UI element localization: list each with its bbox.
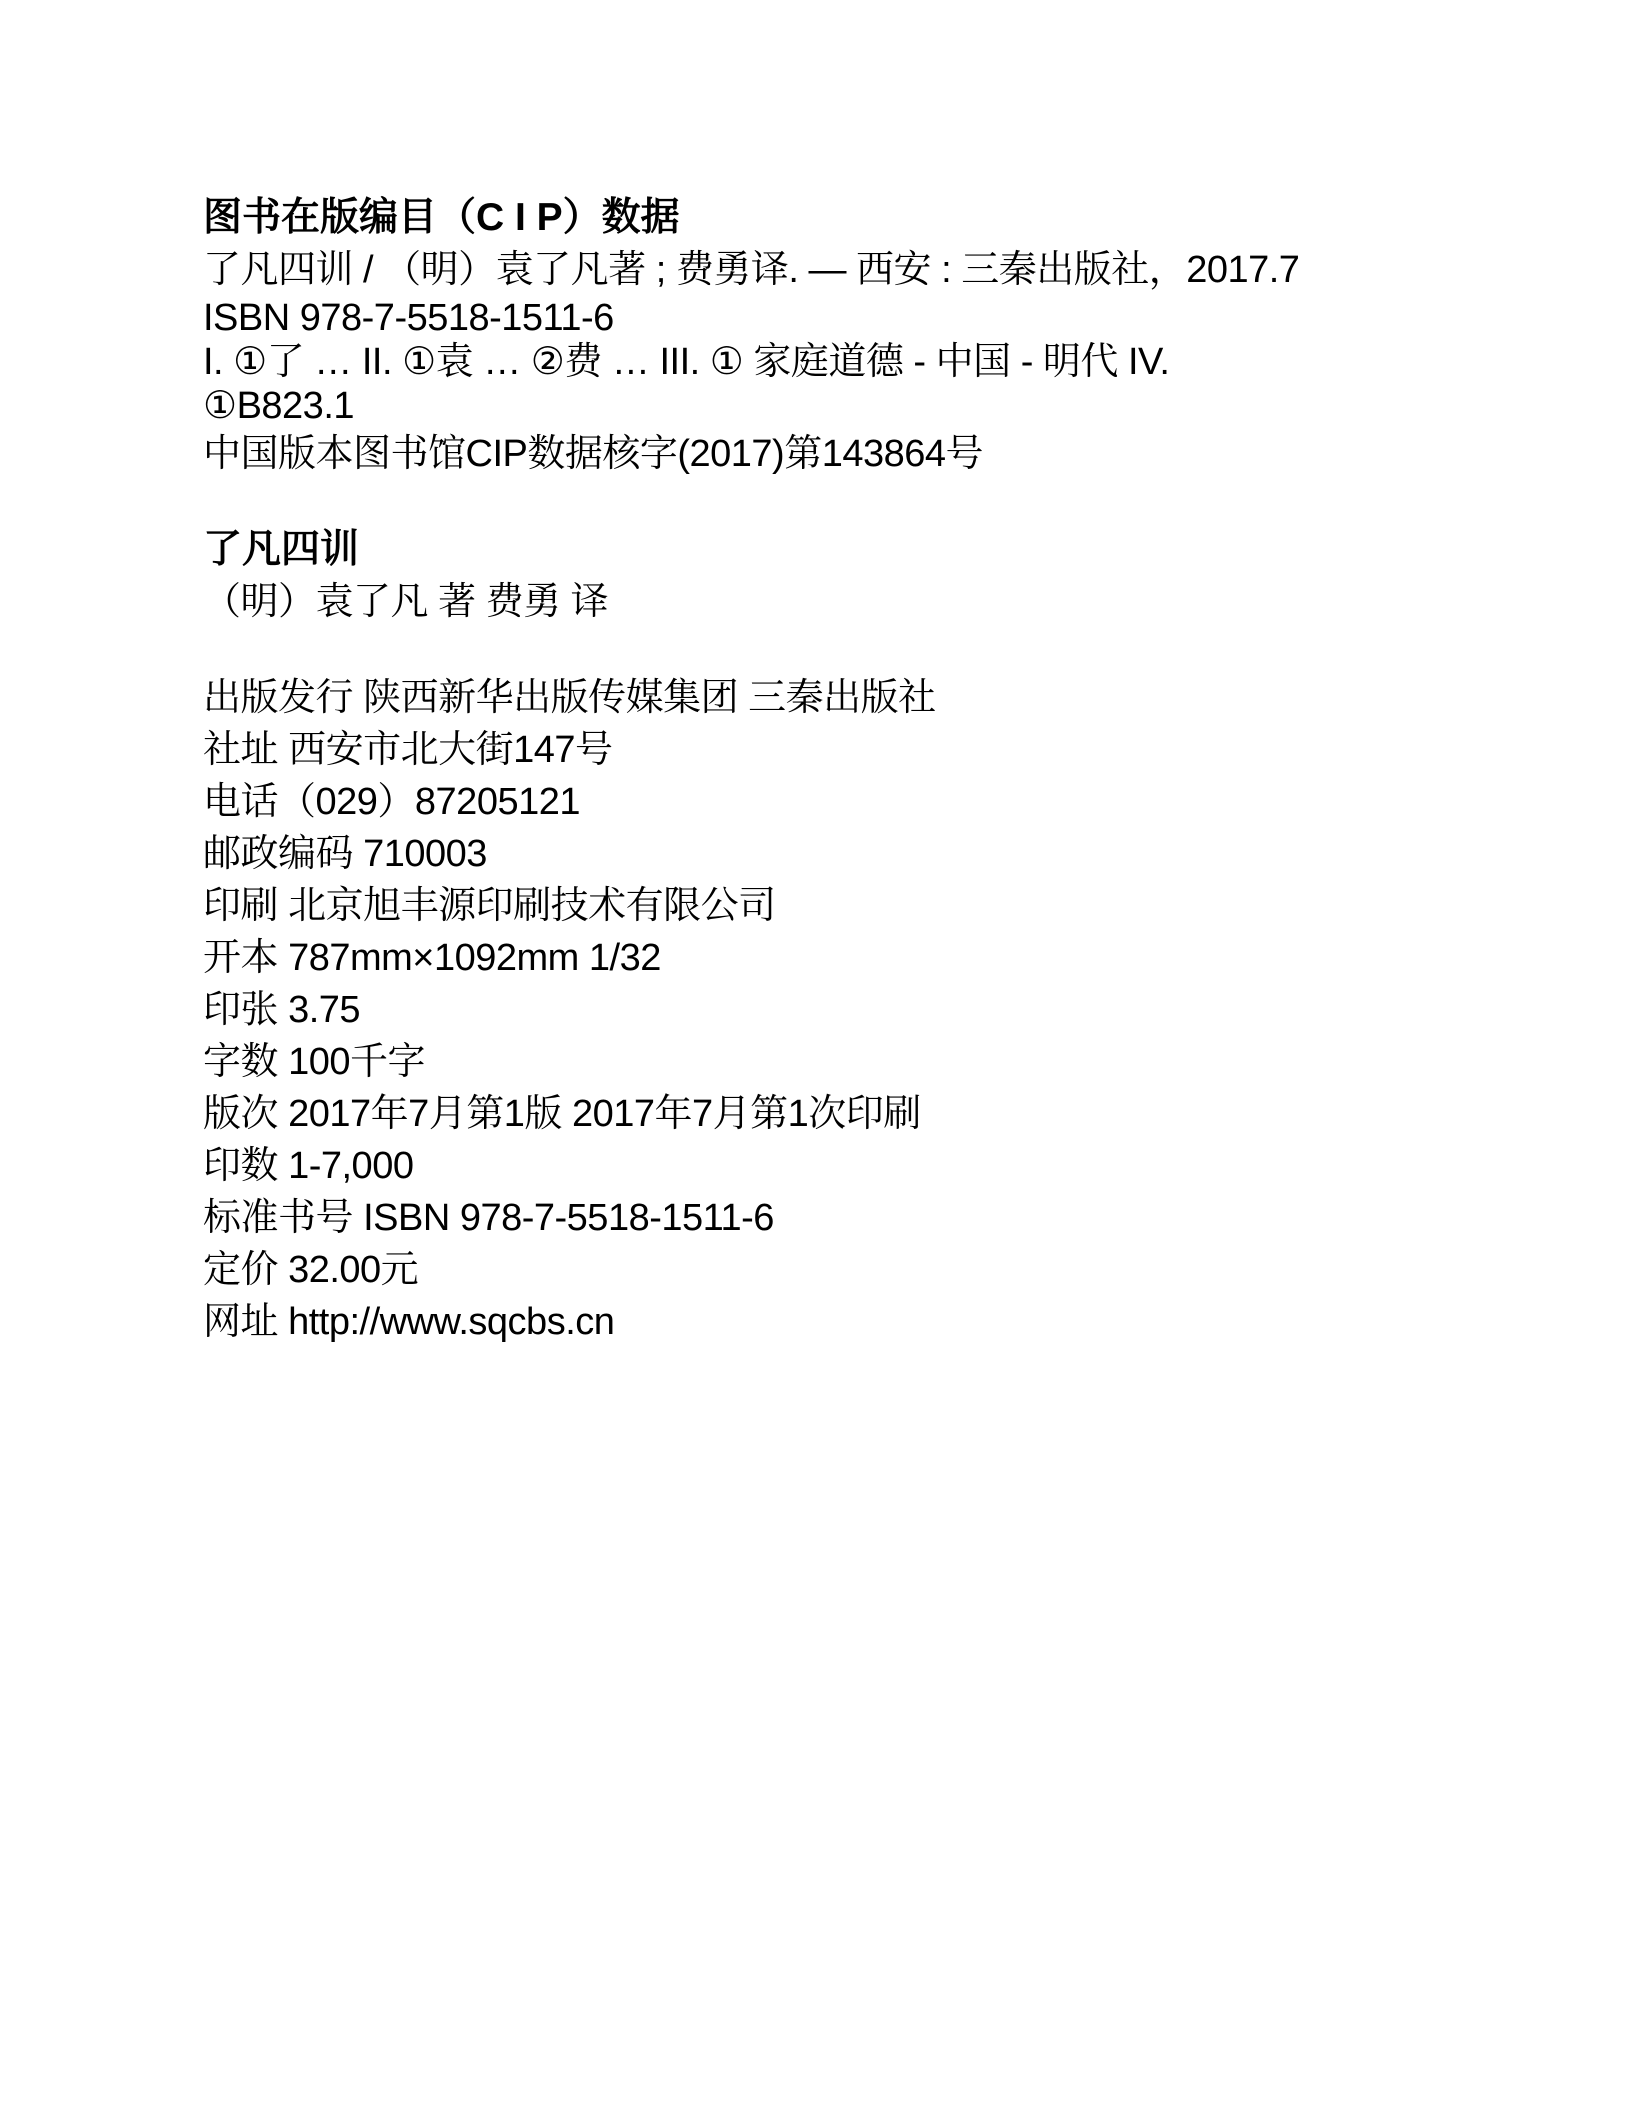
pub-value: （029）87205121 (278, 781, 580, 823)
pub-item-publisher: 出版发行 陕西新华出版传媒集团 三秦出版社 (203, 672, 1453, 724)
cip-heading: 图书在版编目（C I P）数据 (203, 192, 1453, 244)
pub-item-postcode: 邮政编码 710003 (203, 828, 1453, 880)
pub-item-price: 定价 32.00元 (203, 1244, 1453, 1296)
publication-info-block: 出版发行 陕西新华出版传媒集团 三秦出版社 社址 西安市北大街147号 电话（0… (203, 672, 1453, 1348)
pub-label: 定价 (203, 1249, 278, 1291)
copyright-page: 图书在版编目（C I P）数据 了凡四训 / （明）袁了凡著 ; 费勇译. — … (203, 192, 1453, 1348)
spacer (203, 480, 1453, 524)
pub-value: ISBN 978-7-5518-1511-6 (363, 1197, 774, 1239)
pub-item-word-count: 字数 100千字 (203, 1036, 1453, 1088)
cip-number-line: 中国版本图书馆CIP数据核字(2017)第143864号 (203, 428, 1453, 480)
pub-value: 西安市北大街147号 (288, 729, 612, 771)
book-info-block: 了凡四训 （明）袁了凡 著 费勇 译 (203, 524, 1453, 628)
pub-value: 2017年7月第1版 2017年7月第1次印刷 (288, 1093, 921, 1135)
pub-label: 字数 (203, 1041, 278, 1083)
pub-value: 710003 (363, 833, 487, 875)
pub-value: 787mm×1092mm 1/32 (288, 937, 661, 979)
pub-item-address: 社址 西安市北大街147号 (203, 724, 1453, 776)
pub-item-printer: 印刷 北京旭丰源印刷技术有限公司 (203, 880, 1453, 932)
pub-label: 网址 (203, 1301, 278, 1343)
pub-label: 印刷 (203, 885, 278, 927)
pub-label: 印张 (203, 989, 278, 1031)
pub-value: 1-7,000 (288, 1145, 413, 1187)
cip-data-block: 图书在版编目（C I P）数据 了凡四训 / （明）袁了凡著 ; 费勇译. — … (203, 192, 1453, 480)
pub-value: 3.75 (288, 989, 360, 1031)
pub-value: 100千字 (288, 1041, 425, 1083)
pub-label: 电话 (203, 781, 278, 823)
spacer (203, 628, 1453, 672)
cip-subject-line-1: I. ①了 … II. ①袁 … ②费 … III. ① 家庭道德 - 中国 -… (203, 340, 1453, 384)
pub-label: 印数 (203, 1145, 278, 1187)
pub-label: 出版发行 (203, 677, 353, 719)
pub-item-edition: 版次 2017年7月第1版 2017年7月第1次印刷 (203, 1088, 1453, 1140)
book-authors: （明）袁了凡 著 费勇 译 (203, 576, 1453, 628)
cip-subject-line-2: ①B823.1 (203, 384, 1453, 428)
pub-item-phone: 电话（029）87205121 (203, 776, 1453, 828)
pub-item-website: 网址 http://www.sqcbs.cn (203, 1296, 1453, 1348)
pub-item-print-run: 印数 1-7,000 (203, 1140, 1453, 1192)
pub-item-isbn: 标准书号 ISBN 978-7-5518-1511-6 (203, 1192, 1453, 1244)
pub-label: 邮政编码 (203, 833, 353, 875)
website-link[interactable]: http://www.sqcbs.cn (288, 1301, 614, 1343)
pub-item-sheets: 印张 3.75 (203, 984, 1453, 1036)
pub-item-format: 开本 787mm×1092mm 1/32 (203, 932, 1453, 984)
cip-title-line: 了凡四训 / （明）袁了凡著 ; 费勇译. — 西安 : 三秦出版社，2017.… (203, 244, 1453, 296)
pub-label: 开本 (203, 937, 278, 979)
pub-value: 北京旭丰源印刷技术有限公司 (288, 885, 776, 927)
pub-label: 标准书号 (203, 1197, 353, 1239)
pub-label: 社址 (203, 729, 278, 771)
pub-label: 版次 (203, 1093, 278, 1135)
cip-isbn-line: ISBN 978-7-5518-1511-6 (203, 296, 1453, 340)
pub-value: 陕西新华出版传媒集团 三秦出版社 (363, 677, 936, 719)
pub-value: 32.00元 (288, 1249, 418, 1291)
book-title: 了凡四训 (203, 524, 1453, 576)
